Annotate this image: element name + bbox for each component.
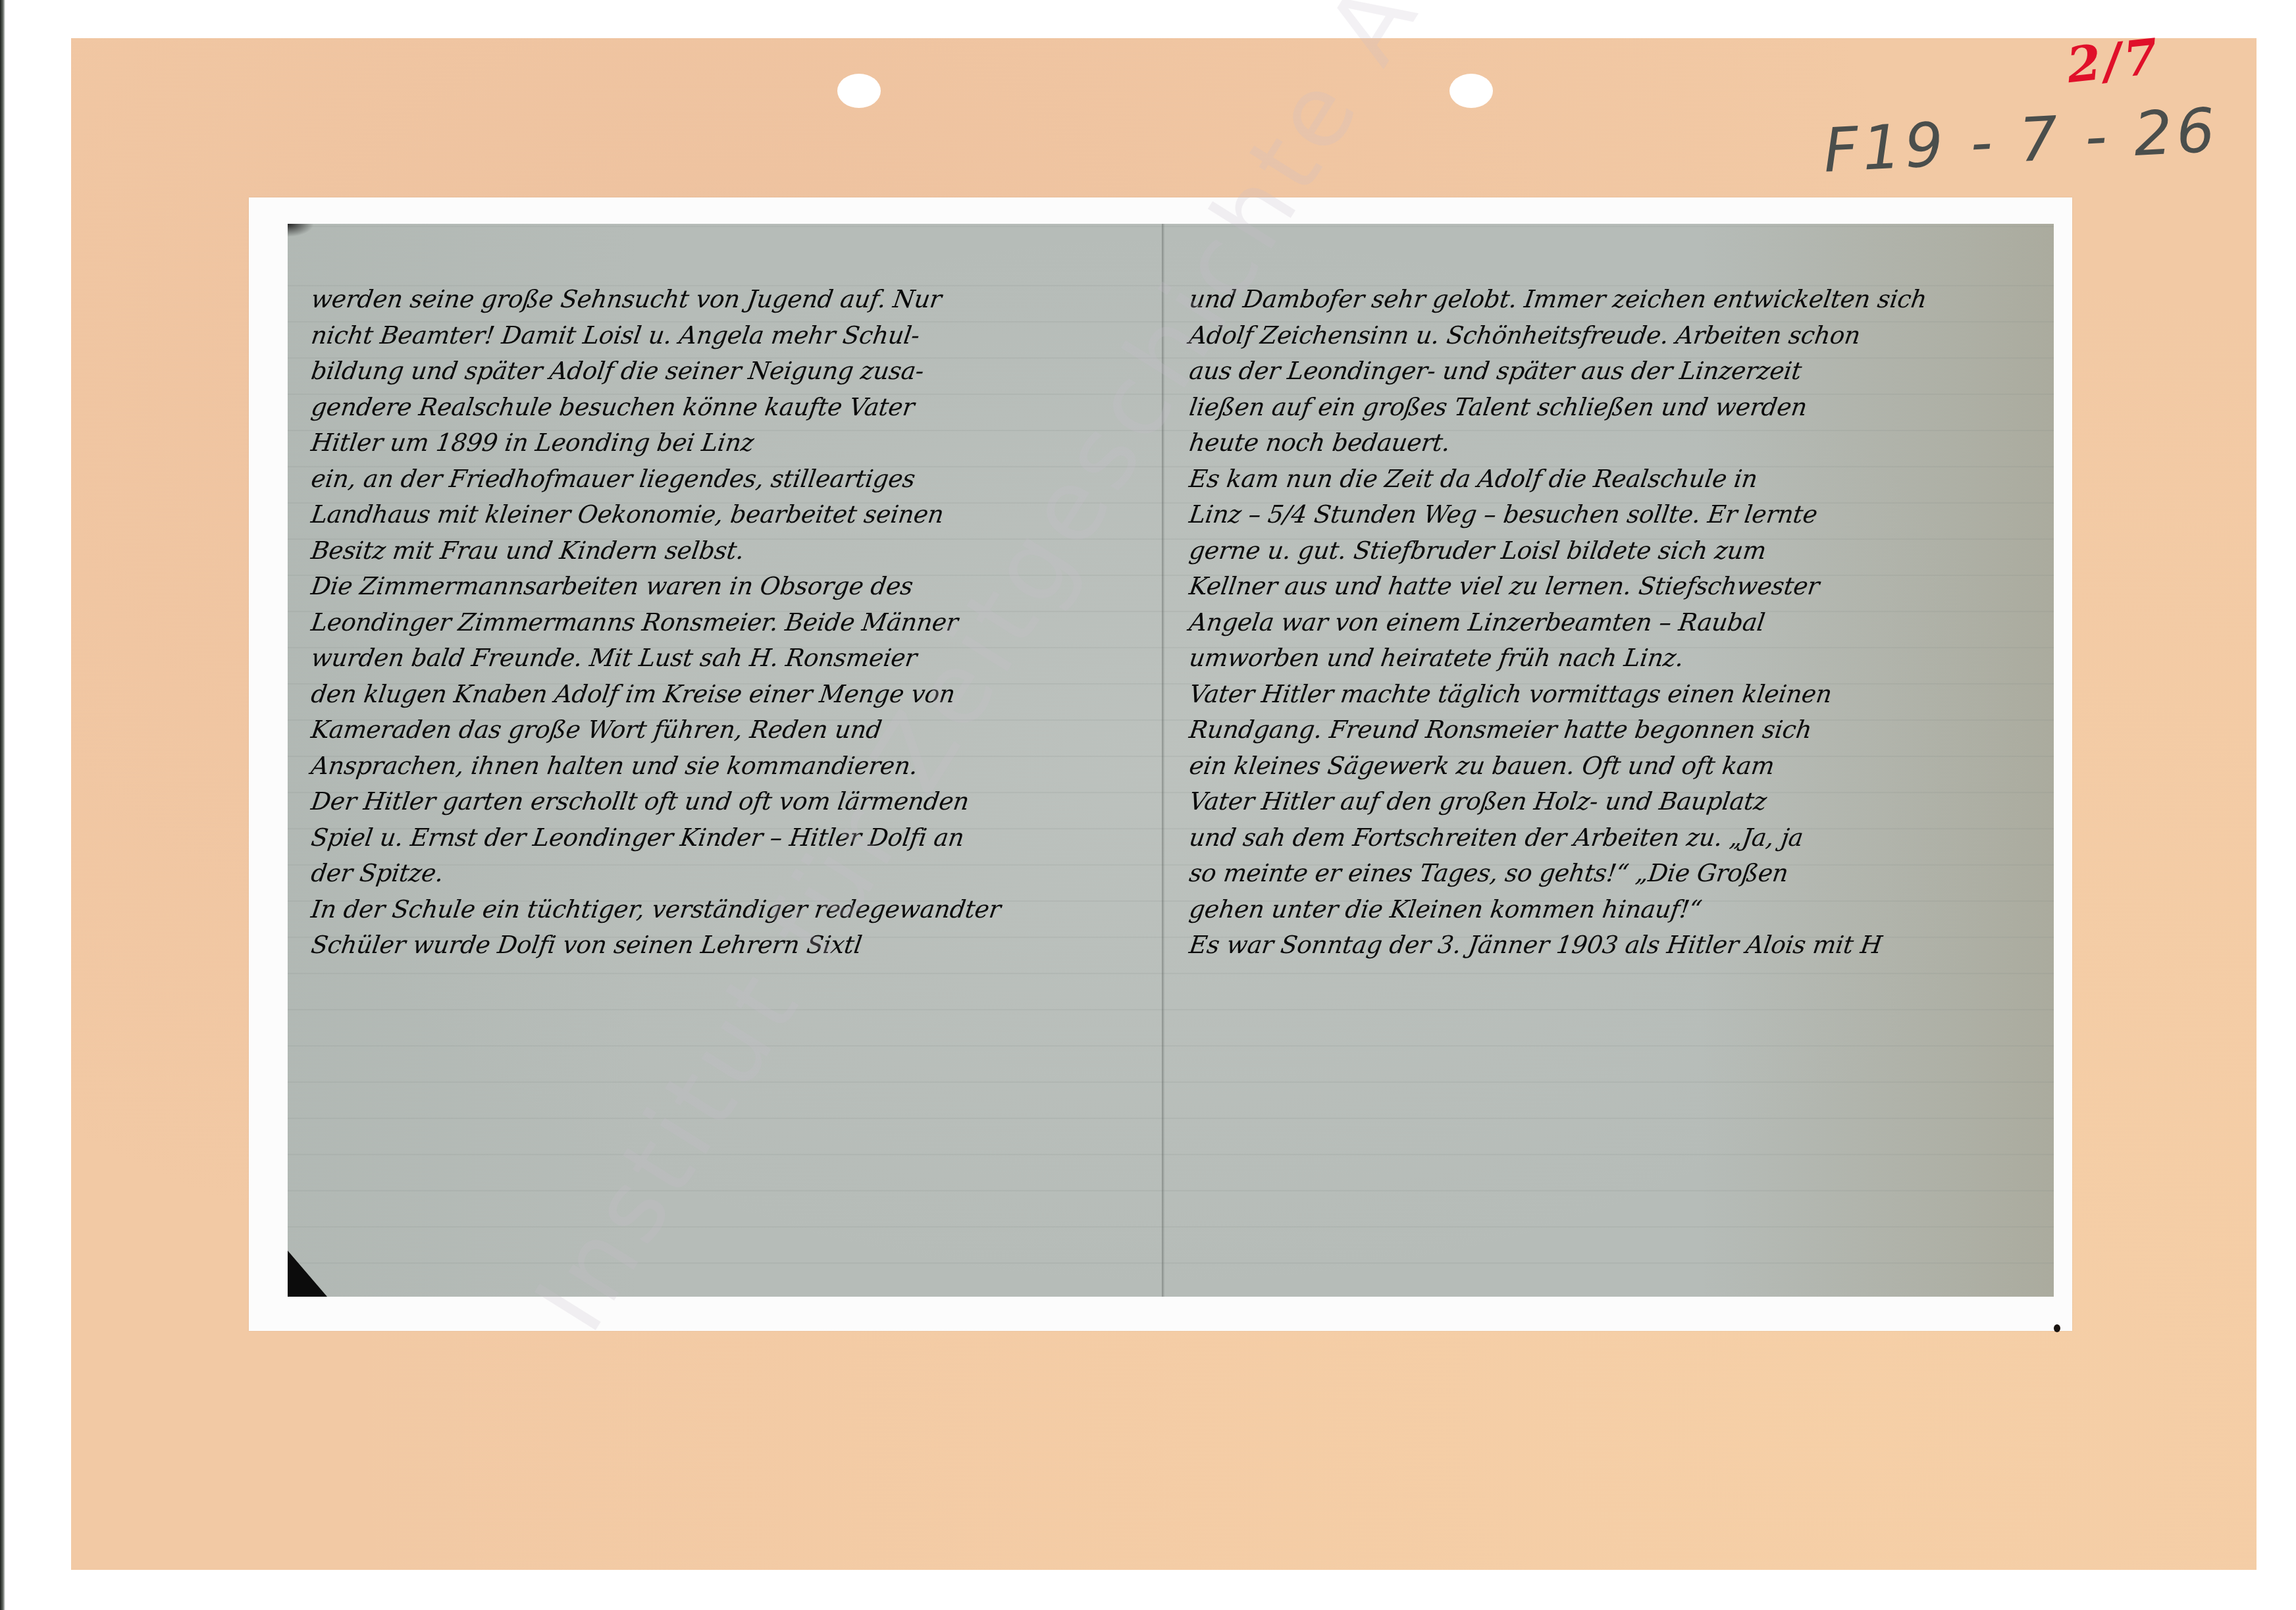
handwritten-line: so meinte er eines Tages, so gehts!“ „Di…: [1187, 856, 2041, 892]
handwritten-line: Der Hitler garten erschollt oft und oft …: [309, 784, 1163, 820]
handwritten-line: Besitz mit Frau und Kindern selbst.: [309, 533, 1163, 569]
handwritten-line: Kellner aus und hatte viel zu lernen. St…: [1187, 569, 2041, 605]
handwritten-line: der Spitze.: [309, 856, 1163, 892]
handwritten-line: Rundgang. Freund Ronsmeier hatte begonne…: [1187, 712, 2041, 748]
handwritten-line: ein kleines Sägewerk zu bauen. Oft und o…: [1187, 748, 2041, 785]
handwritten-line: gehen unter die Kleinen kommen hinauf!“: [1187, 892, 2041, 928]
handwritten-line: aus der Leondinger- und später aus der L…: [1187, 353, 2041, 390]
photo-corner-shadow-top: [288, 224, 314, 237]
handwritten-line: Leondinger Zimmermanns Ronsmeier. Beide …: [309, 605, 1163, 641]
handwritten-line: Vater Hitler machte täglich vormittags e…: [1187, 677, 2041, 713]
handwritten-line: Es war Sonntag der 3. Jänner 1903 als Hi…: [1187, 927, 2041, 964]
handwritten-line: den klugen Knaben Adolf im Kreise einer …: [309, 677, 1163, 713]
handwritten-line: heute noch bedauert.: [1187, 425, 2041, 461]
handwritten-line: nicht Beamter! Damit Loisl u. Angela meh…: [309, 318, 1163, 354]
handwritten-line: Die Zimmermannsarbeiten waren in Obsorge…: [309, 569, 1163, 605]
handwritten-line: Kameraden das große Wort führen, Reden u…: [309, 712, 1163, 748]
manuscript-photograph: werden seine große Sehnsucht von Jugend …: [288, 224, 2054, 1297]
handwritten-line: Landhaus mit kleiner Oekonomie, bearbeit…: [309, 497, 1163, 533]
handwritten-line: Vater Hitler auf den großen Holz- und Ba…: [1187, 784, 2041, 820]
handwritten-line: werden seine große Sehnsucht von Jugend …: [309, 282, 1163, 318]
handwritten-line: Adolf Zeichensinn u. Schönheitsfreude. A…: [1187, 318, 2041, 354]
left-manuscript-page: werden seine große Sehnsucht von Jugend …: [309, 282, 1158, 964]
handwritten-line: In der Schule ein tüchtiger, verständige…: [309, 892, 1163, 928]
handwritten-line: umworben und heiratete früh nach Linz.: [1187, 640, 2041, 677]
handwritten-line: ließen auf ein großes Talent schließen u…: [1187, 390, 2041, 426]
notebook-gutter: [1162, 224, 1164, 1297]
punch-hole-right: [1449, 74, 1493, 108]
page-fraction-annotation: 2/7: [2064, 28, 2163, 94]
handwritten-line: Angela war von einem Linzerbeamten – Rau…: [1187, 605, 2041, 641]
handwritten-line: Spiel u. Ernst der Leondinger Kinder – H…: [309, 820, 1163, 856]
handwritten-line-with-correction: Hitler um 1899 in Leonding bei Linz: [309, 425, 1163, 461]
photo-corner-shadow-bottom: [288, 1251, 327, 1297]
handwritten-line: Ansprachen, ihnen halten und sie kommand…: [309, 748, 1163, 785]
handwritten-line: gendere Realschule besuchen könne kaufte…: [309, 390, 1163, 426]
punch-hole-left: [837, 74, 881, 108]
handwritten-line: bildung und später Adolf die seiner Neig…: [309, 353, 1163, 390]
handwritten-line: und sah dem Fortschreiten der Arbeiten z…: [1187, 820, 2041, 856]
ink-speck: [2054, 1324, 2060, 1332]
handwritten-line: Es kam nun die Zeit da Adolf die Realsch…: [1187, 461, 2041, 498]
handwritten-line: ein, an der Friedhofmauer liegendes, sti…: [309, 461, 1163, 498]
handwritten-line: wurden bald Freunde. Mit Lust sah H. Ron…: [309, 640, 1163, 677]
handwritten-line: und Dambofer sehr gelobt. Immer zeichen …: [1187, 282, 2041, 318]
scanner-edge-shadow: [0, 0, 5, 1610]
right-manuscript-page: und Dambofer sehr gelobt. Immer zeichen …: [1187, 282, 2036, 964]
handwritten-line: Linz – 5/4 Stunden Weg – besuchen sollte…: [1187, 497, 2041, 533]
handwritten-line: gerne u. gut. Stiefbruder Loisl bildete …: [1187, 533, 2041, 569]
handwritten-line: Schüler wurde Dolfi von seinen Lehrern S…: [309, 927, 1163, 964]
